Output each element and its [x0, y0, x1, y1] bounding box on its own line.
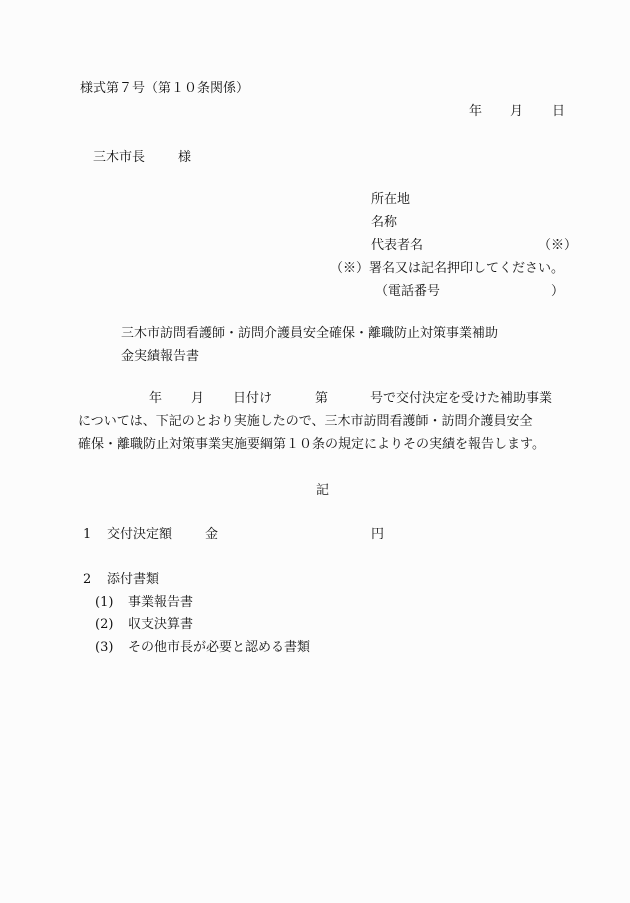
phone-open: （電話番号: [375, 284, 440, 300]
date-year: 年: [469, 104, 482, 120]
body-line-3: 確保・離職防止対策事業実施要綱第１０条の規定によりその実績を報告します。: [78, 437, 545, 453]
form-number: 様式第７号（第１０条関係）: [80, 81, 249, 97]
subitem-3-label: その他市長が必要と認める書類: [128, 640, 310, 656]
signature-note: （※）署名又は記名押印してください。: [330, 261, 564, 277]
title-line-2: 金実績報告書: [121, 349, 199, 365]
subitem-2-label: 収支決算書: [128, 617, 193, 633]
subitem-1-number: (1): [95, 595, 113, 611]
location-label: 所在地: [371, 192, 410, 208]
name-label: 名称: [371, 215, 397, 231]
item-2-number: 2: [83, 572, 91, 588]
body-year: 年: [149, 391, 162, 407]
item-2-label: 添付書類: [107, 572, 159, 588]
addressee-name: 三木市長: [93, 150, 145, 166]
addressee-honorific: 様: [178, 150, 191, 166]
representative-label: 代表者名: [371, 238, 423, 254]
subitem-1-label: 事業報告書: [128, 595, 193, 611]
body-month: 月: [191, 391, 204, 407]
body-line1-rest: 号で交付決定を受けた補助事業: [370, 391, 552, 407]
date-day: 日: [552, 104, 565, 120]
phone-close: ）: [551, 284, 564, 300]
date-month: 月: [510, 104, 523, 120]
item-1-label: 交付決定額: [107, 527, 172, 543]
ki-heading: 記: [316, 483, 329, 499]
representative-mark: （※）: [538, 238, 577, 254]
item-1-number: 1: [83, 527, 91, 543]
item-1-kin: 金: [205, 527, 218, 543]
subitem-3-number: (3): [95, 640, 113, 656]
subitem-2-number: (2): [95, 617, 113, 633]
body-dai: 第: [315, 391, 328, 407]
title-line-1: 三木市訪問看護師・訪問介護員安全確保・離職防止対策事業補助: [121, 326, 498, 342]
body-day: 日付け: [233, 391, 272, 407]
body-line-2: については、下記のとおり実施したので、三木市訪問看護師・訪問介護員安全: [78, 414, 532, 430]
item-1-yen: 円: [371, 527, 384, 543]
